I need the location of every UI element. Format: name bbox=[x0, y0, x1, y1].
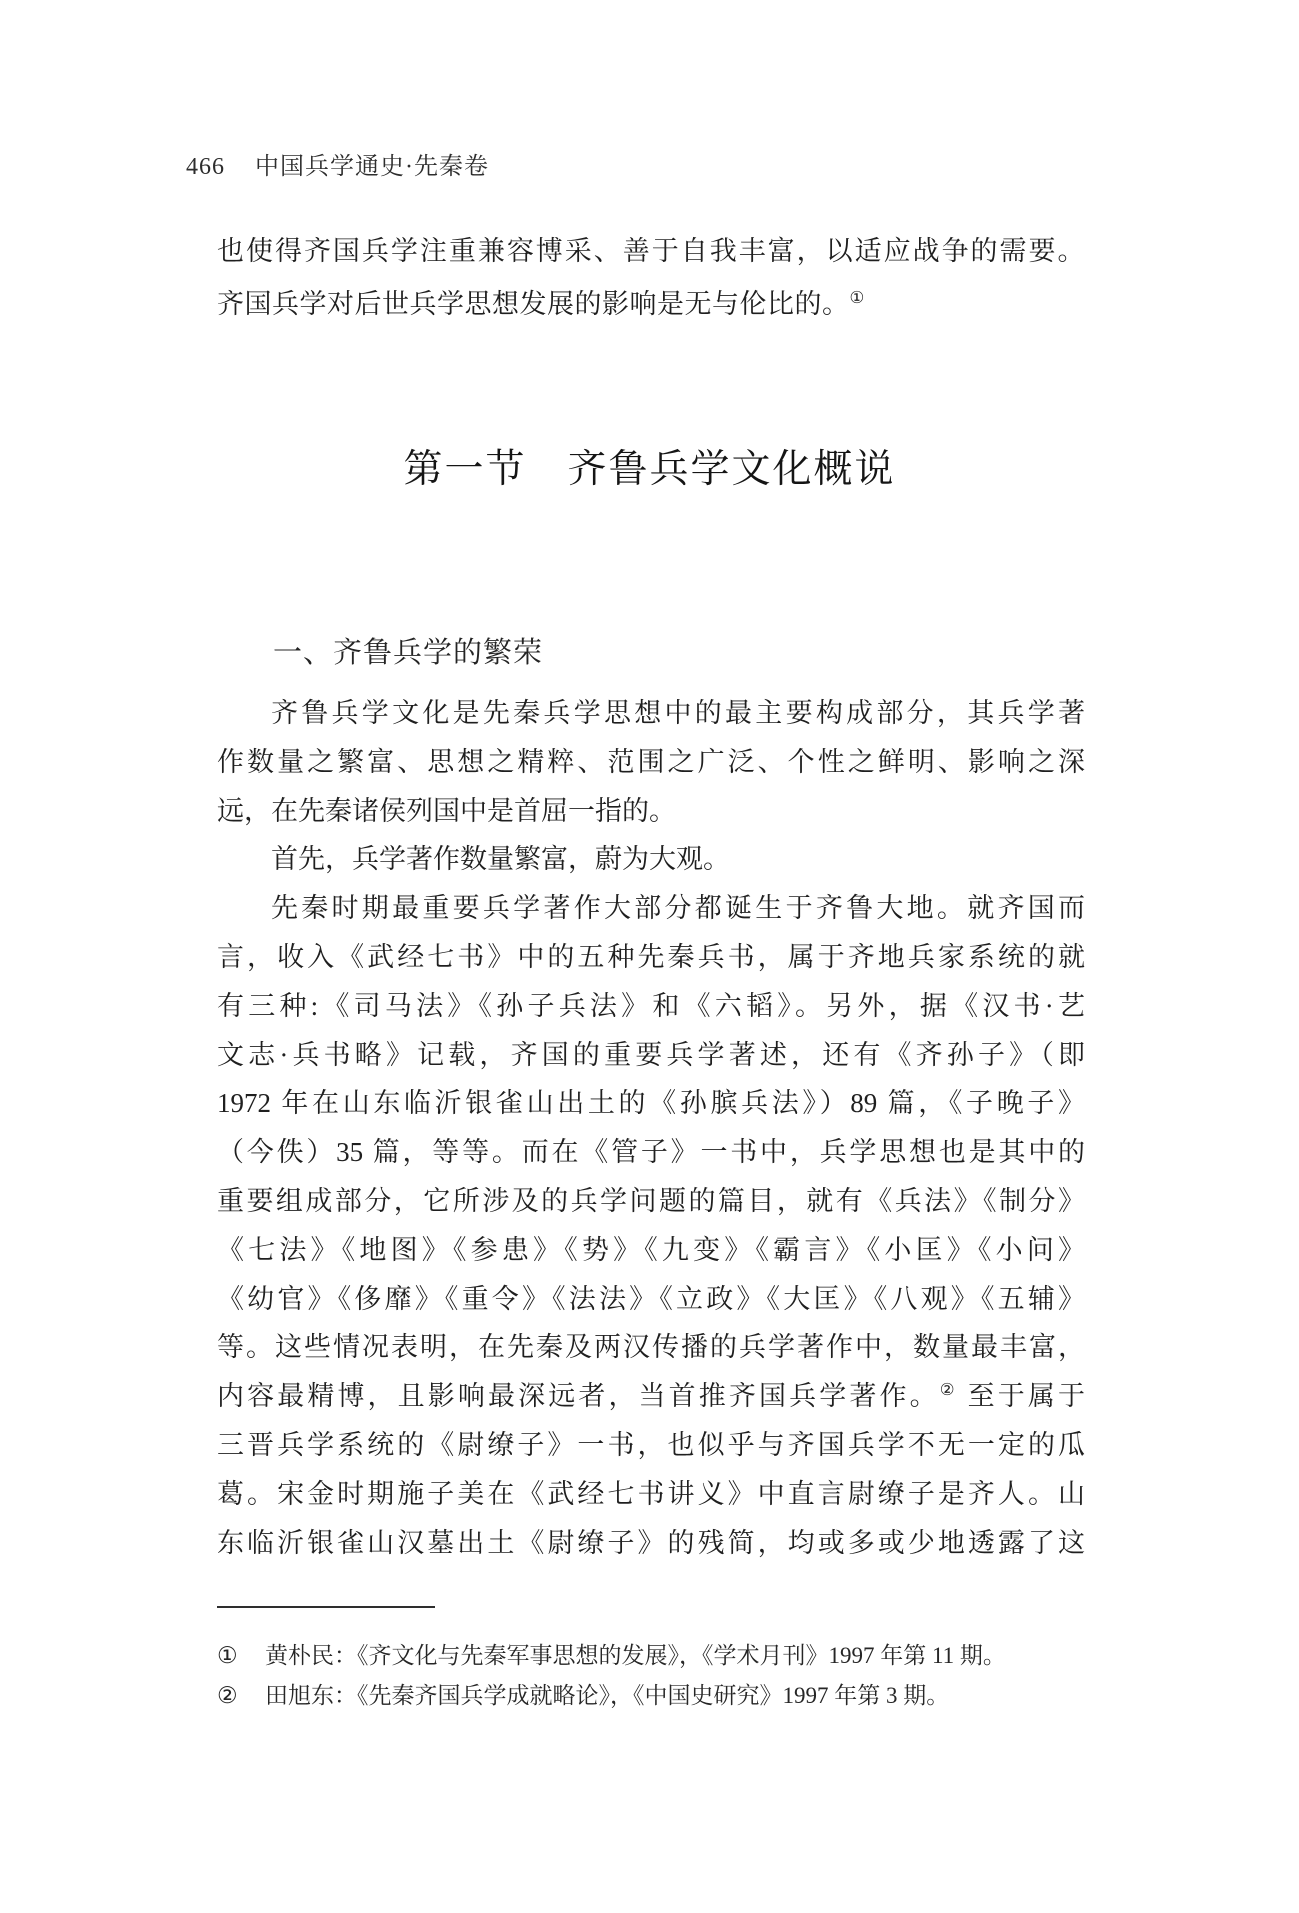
intro-paragraph: 也使得齐国兵学注重兼容博采、善于自我丰富，以适应战争的需要。 齐国兵学对后世兵学… bbox=[217, 225, 1085, 331]
running-header: 466 中国兵学通史·先秦卷 bbox=[186, 146, 489, 181]
body-line: 齐鲁兵学文化是先秦兵学思想中的最主要构成部分，其兵学著 bbox=[217, 689, 1085, 738]
body-line: 《七法》《地图》《参患》《势》《九变》《霸言》《小匡》《小问》 bbox=[217, 1226, 1085, 1275]
body-line: 《幼官》《侈靡》《重令》《法法》《立政》《大匡》《八观》《五辅》 bbox=[217, 1275, 1085, 1324]
body-line: 首先，兵学著作数量繁富，蔚为大观。 bbox=[217, 835, 1085, 884]
footnote-marker: ① bbox=[217, 1636, 265, 1676]
body-line: 等。这些情况表明，在先秦及两汉传播的兵学著作中，数量最丰富， bbox=[217, 1323, 1085, 1372]
body-line: 葛。宋金时期施子美在《武经七书讲义》中直言尉缭子是齐人。山 bbox=[217, 1470, 1085, 1519]
page-number: 466 bbox=[186, 154, 225, 181]
footnote-ref-1: ① bbox=[850, 288, 866, 307]
footnote-divider bbox=[217, 1606, 435, 1608]
intro-line: 也使得齐国兵学注重兼容博采、善于自我丰富，以适应战争的需要。 bbox=[217, 225, 1085, 278]
footnote-item: ① 黄朴民：《齐文化与先秦军事思想的发展》，《学术月刊》1997 年第 11 期… bbox=[217, 1636, 1177, 1676]
body-line: 文志·兵书略》记载，齐国的重要兵学著述，还有《齐孙子》（即 bbox=[217, 1031, 1085, 1080]
footnote-item: ② 田旭东：《先秦齐国兵学成就略论》，《中国史研究》1997 年第 3 期。 bbox=[217, 1676, 1177, 1716]
intro-line: 齐国兵学对后世兵学思想发展的影响是无与伦比的。① bbox=[217, 278, 1085, 331]
body-line: 重要组成部分，它所涉及的兵学问题的篇目，就有《兵法》《制分》 bbox=[217, 1177, 1085, 1226]
body-line: 1972 年在山东临沂银雀山出土的《孙膑兵法》）89 篇，《子晚子》 bbox=[217, 1079, 1085, 1128]
section-title: 第一节 齐鲁兵学文化概说 bbox=[0, 438, 1299, 494]
body-line: 东临沂银雀山汉墓出土《尉缭子》的残简，均或多或少地透露了这 bbox=[217, 1519, 1085, 1568]
footnote-text: 田旭东：《先秦齐国兵学成就略论》，《中国史研究》1997 年第 3 期。 bbox=[265, 1676, 1177, 1716]
body-line: 作数量之繁富、思想之精粹、范围之广泛、个性之鲜明、影响之深 bbox=[217, 738, 1085, 787]
book-page: 466 中国兵学通史·先秦卷 也使得齐国兵学注重兼容博采、善于自我丰富，以适应战… bbox=[0, 0, 1299, 1913]
body-text: 齐鲁兵学文化是先秦兵学思想中的最主要构成部分，其兵学著 作数量之繁富、思想之精粹… bbox=[217, 689, 1085, 1567]
footnote-ref-2: ② bbox=[940, 1380, 958, 1399]
body-line: 远，在先秦诸侯列国中是首屈一指的。 bbox=[217, 787, 1085, 836]
footnote-marker: ② bbox=[217, 1676, 265, 1716]
body-line: 三晋兵学系统的《尉缭子》一书，也似乎与齐国兵学不无一定的瓜 bbox=[217, 1421, 1085, 1470]
book-title: 中国兵学通史·先秦卷 bbox=[255, 146, 489, 181]
footnote-text: 黄朴民：《齐文化与先秦军事思想的发展》，《学术月刊》1997 年第 11 期。 bbox=[265, 1636, 1177, 1676]
body-line: 言，收入《武经七书》中的五种先秦兵书，属于齐地兵家系统的就 bbox=[217, 933, 1085, 982]
body-line-text: 内容最精博，且影响最深远者，当首推齐国兵学著作。 bbox=[217, 1381, 940, 1411]
body-line-text: 至于属于 bbox=[958, 1381, 1085, 1411]
body-line: （今佚）35 篇，等等。而在《管子》一书中，兵学思想也是其中的 bbox=[217, 1128, 1085, 1177]
body-line: 先秦时期最重要兵学著作大部分都诞生于齐鲁大地。就齐国而 bbox=[217, 884, 1085, 933]
intro-line-text: 齐国兵学对后世兵学思想发展的影响是无与伦比的。 bbox=[217, 289, 850, 319]
body-line: 有三种:《司马法》《孙子兵法》和《六韬》。另外，据《汉书·艺 bbox=[217, 982, 1085, 1031]
body-line: 内容最精博，且影响最深远者，当首推齐国兵学著作。② 至于属于 bbox=[217, 1372, 1085, 1421]
footnotes: ① 黄朴民：《齐文化与先秦军事思想的发展》，《学术月刊》1997 年第 11 期… bbox=[217, 1636, 1177, 1715]
subsection-heading: 一、齐鲁兵学的繁荣 bbox=[273, 630, 543, 671]
